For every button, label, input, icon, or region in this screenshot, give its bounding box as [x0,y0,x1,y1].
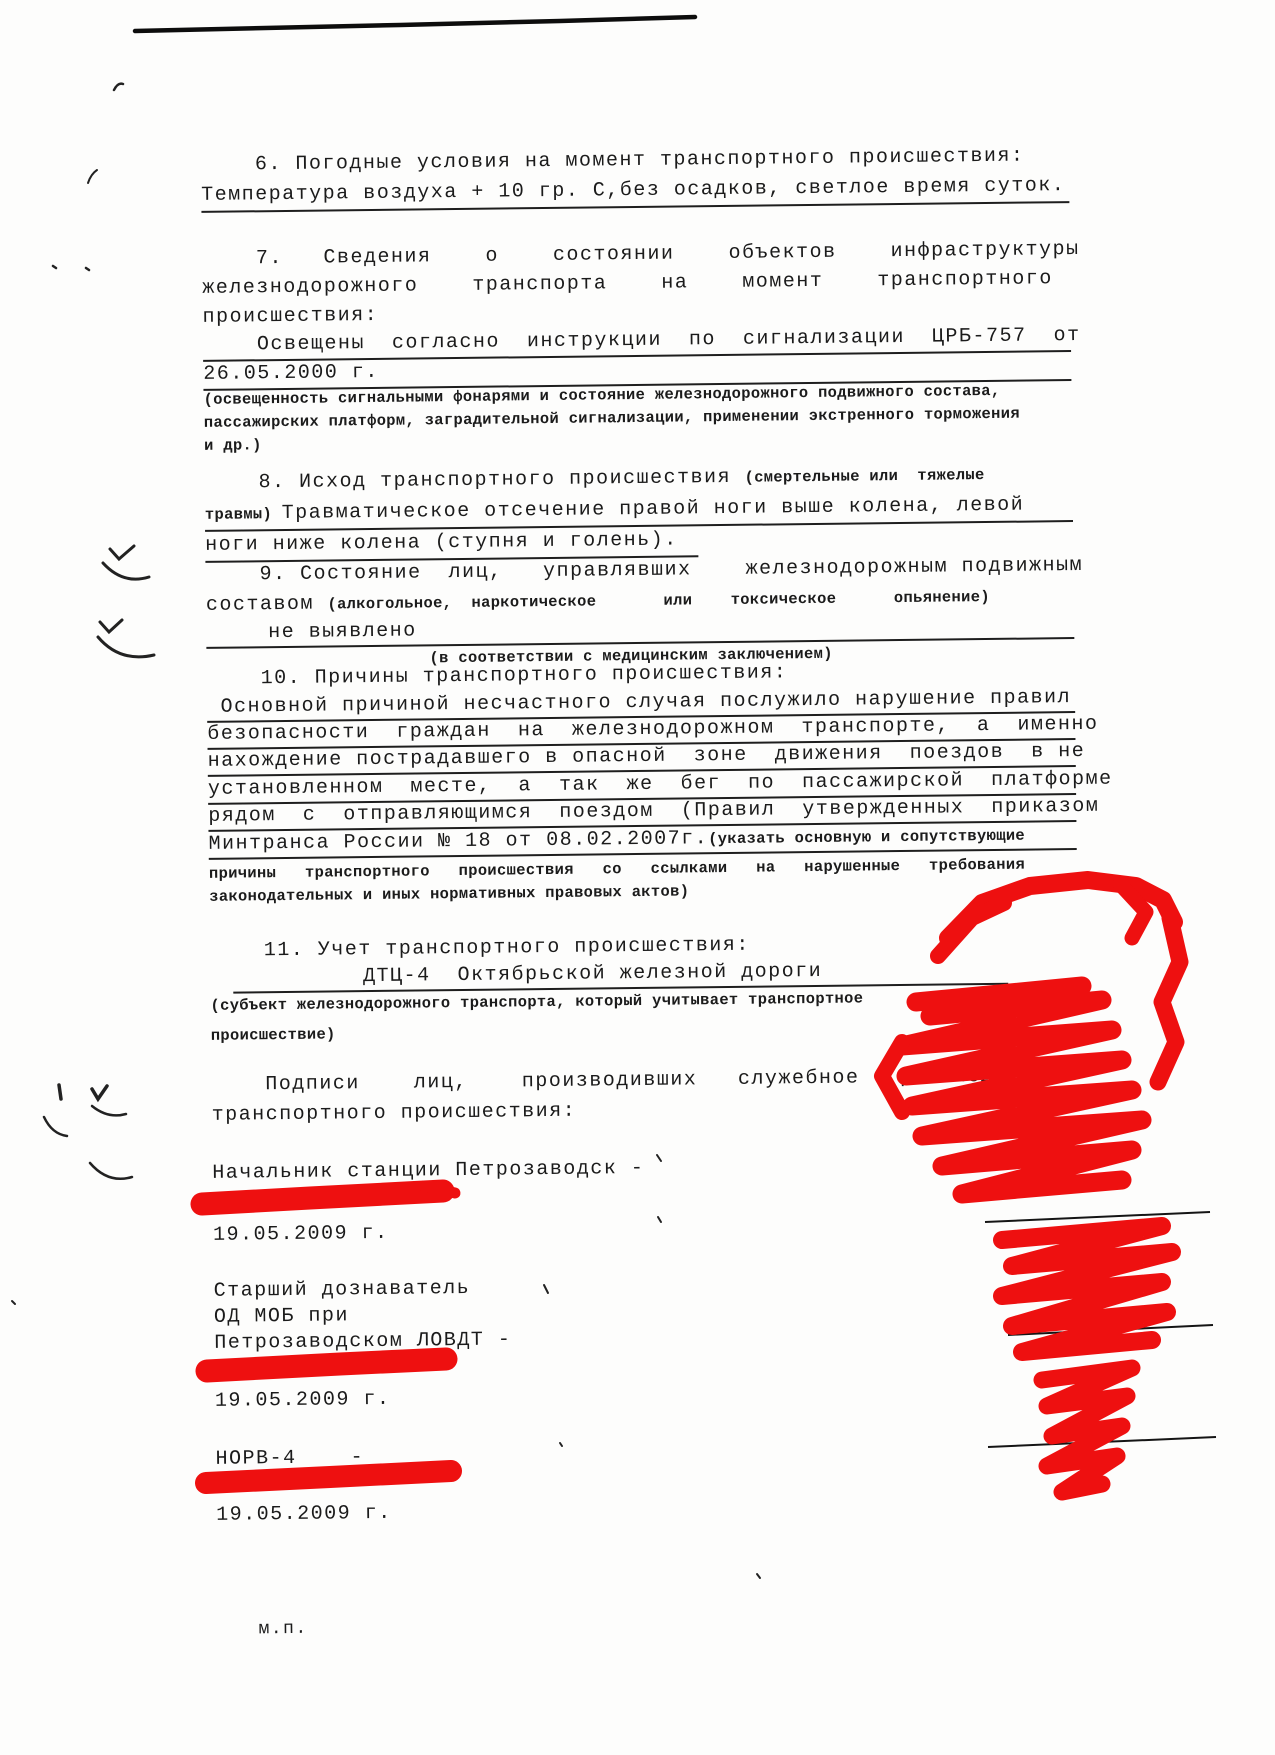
scanned-accident-report-page: 6. Погодные условия на момент транспортн… [0,0,1275,1755]
signatory-1-title: Начальник станции Петрозаводск - [212,1149,1080,1189]
signatory-3-date: 19.05.2009 г. [216,1491,1084,1531]
stamp-placeholder: м.п. [258,1605,1126,1645]
section-10-answer-text-6: Минтранса России № 18 от 08.02.2007г. [208,827,708,856]
section-9-heading-note: (алкогольное, наркотическое или токсичес… [327,588,990,614]
section-8-answer-text-1: Травматическое отсечение правой ноги выш… [282,494,1025,525]
section-9-heading-normal: составом [206,593,328,617]
signatory-3-title: НОРВ-4 - [215,1435,1083,1475]
document-sheet: 6. Погодные условия на момент транспортн… [0,0,1275,1755]
section-11-footnote-line-2: происшествие) [211,1015,1079,1047]
signatory-1-date: 19.05.2009 г. [213,1211,1081,1251]
section-8-note-continuation: травмы) [205,505,282,524]
section-10-inline-note: (указать основную и сопутствующие [708,827,1025,849]
section-8-heading-note: (смертельные или тяжелые [744,466,984,487]
section-8-heading-text: 8. Исход транспортного происшествия [204,466,744,495]
signatory-2-date: 19.05.2009 г. [215,1377,1083,1417]
